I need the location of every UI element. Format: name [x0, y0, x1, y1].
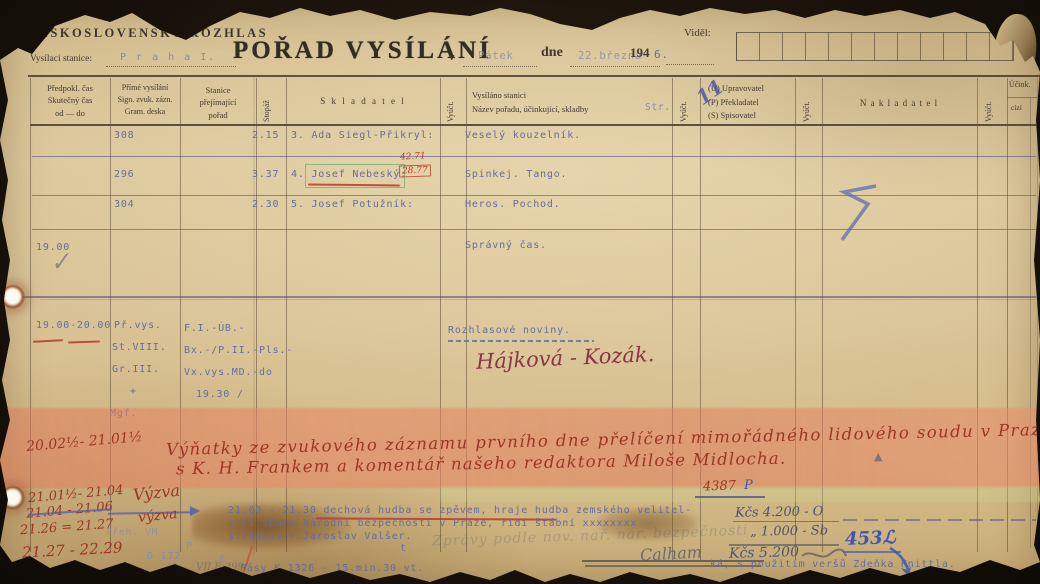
row-divider [32, 156, 1036, 157]
block5-route-1: F.I.-ÚB.- [184, 323, 245, 334]
time-entry-4: 21.27 - 22.29 [22, 538, 123, 561]
row2-duration: 3.37 [252, 169, 279, 180]
station-label: Vysílací stanice: [30, 54, 92, 64]
col-header-ucink-cizi: cizí [1011, 103, 1022, 112]
paragraph-line2: ství Sboru Národní bezpečnosti v Praze, … [228, 518, 637, 529]
green-tint-strip [440, 486, 1040, 502]
dne-label: dne [541, 45, 563, 61]
videl-grid [736, 32, 1014, 61]
triangle-mark: ▲ [874, 450, 882, 463]
block5-route-3: Vx.vys.MD.-do [184, 367, 273, 378]
col-header-vysilano-stanici: Vysíláno stanici Název pořadu, účinkujíc… [472, 88, 647, 117]
str-label: Str. [645, 102, 671, 113]
row-divider [32, 195, 1036, 196]
col-header-vyuct-3: Vyúčt. [802, 84, 811, 122]
block5-sig-2: St.VIII. [112, 342, 167, 353]
block5-sig-4: + [130, 386, 137, 397]
row4-note: Správný čas. [465, 240, 547, 251]
row3-duration: 2.30 [252, 199, 279, 210]
row2-disc-number: 296 [114, 169, 134, 180]
date-dotted-line [570, 65, 660, 67]
row3-composer: 5. Josef Potužník: [291, 199, 414, 210]
col-header-stopaz: Stopáž [262, 84, 271, 122]
amount-1: Kčs 4.200 - O [735, 504, 824, 521]
typed-d172: D 172 [147, 551, 181, 562]
day-dotted-line [463, 65, 537, 67]
row-divider [32, 229, 1036, 230]
year-printed: 194 [630, 45, 650, 61]
col-header-skladatel: S k l a d a t e l [288, 96, 438, 106]
row2-red-value-top: 42.71 [400, 151, 426, 162]
col-header-stanice: Stanice přejímající pořad [182, 84, 254, 121]
row3-piece: Heros. Pochod. [465, 199, 561, 210]
day-value: Pátek [478, 50, 514, 62]
row3-disc-number: 304 [114, 199, 134, 210]
row2-piece: Spinkej. Tango. [465, 169, 567, 180]
word-vyzva-2: výzva [137, 506, 178, 526]
row1-piece: Veselý kouzelník. [465, 130, 581, 141]
row2-red-value-bottom: 28.77 [399, 164, 431, 177]
block5-time: 19.00-20.00 [36, 320, 111, 331]
year-dotted-line [666, 63, 714, 65]
blue-pencil-zigzag [838, 182, 882, 244]
col-header-ups: (U) Upravovatel (P) Překladatel (S) Spis… [708, 82, 794, 123]
band-p-mark: P [744, 478, 753, 493]
credit-line: ká, s použitím veršů Zdeňka Knittla. [710, 559, 956, 570]
blue-arrow-down [886, 546, 916, 580]
row1-disc-number: 308 [114, 130, 134, 141]
videl-label: Viděl: [684, 27, 711, 39]
station-value: P r a h a I. [120, 52, 216, 63]
block5-sig-3: Gr.III. [112, 364, 160, 375]
header-bottom-border [30, 124, 1040, 126]
punch-hole [1, 285, 25, 309]
scanned-document: ČESKOSLOVENSKÝ ROZHLAS Vysílací stanice:… [0, 0, 1040, 584]
block5-route-2: Bx.-/P.II.-Pls.- [184, 345, 293, 356]
block5-program-title: Rozhlasové noviny. [448, 325, 571, 336]
paragraph-stray-t: t [400, 543, 407, 554]
block5-sig-1: Př.vys. [114, 320, 162, 331]
row-divider [0, 296, 1036, 298]
row-divider-echo [40, 299, 1036, 300]
col-header-vyuct-1: Vyúčt. [446, 84, 455, 122]
paper-sheet: ČESKOSLOVENSKÝ ROZHLAS Vysílací stanice:… [0, 0, 1040, 584]
footer-tape-note: Pásy K 1326 - 15.min.30 vt. [240, 563, 424, 574]
block5-speakers: Hájková - Kozák. [476, 342, 655, 374]
band-page-number: 4387 [703, 478, 737, 494]
amount-1-underline [733, 521, 839, 522]
col-header-vyuct-4: Vyúčt. [984, 84, 993, 122]
block5-route-4: 19.30 / [196, 389, 244, 400]
program-typed-underline [448, 340, 594, 342]
typed-preh-vm: Přeh. VM [106, 527, 158, 538]
long-dash-line [843, 519, 1036, 521]
punch-hole [1, 486, 25, 510]
station-dotted-line [106, 65, 236, 67]
amount-2: „ 1.000 - Sb [750, 523, 828, 539]
row1-duration: 2.15 [252, 130, 279, 141]
table-top-border [28, 75, 1040, 77]
col-header-nakladatel: N a k l a d a t e l [824, 98, 974, 108]
band-underline [695, 496, 765, 498]
row1-composer: 3. Ada Siegl-Přikryl: [291, 130, 434, 141]
col-header-prime-vysilani: Přímé vysílání Sign. zvuk. zázn. Gram. d… [112, 82, 178, 118]
paragraph-line3: strážmistr.Jaroslav Valšer. [228, 531, 412, 542]
col-header-ucink: Účink. [1009, 80, 1031, 89]
ucink-sub-divider-h [1007, 97, 1040, 98]
col-header-predpokl-cas: Předpokl. čas Skutečný čas od — do [32, 82, 108, 119]
year-typed: 6. [654, 48, 669, 61]
paragraph-line1: 21.00 - 21.30 dechová hudba se zpěvem, h… [228, 505, 692, 516]
word-vyzva-1: Výzva [132, 481, 181, 505]
col-header-vyuct-2: Vyúčt. [679, 84, 688, 122]
title-v-label: v [449, 51, 455, 63]
red-emphasis-stroke [68, 340, 100, 343]
red-emphasis-stroke [33, 339, 63, 343]
